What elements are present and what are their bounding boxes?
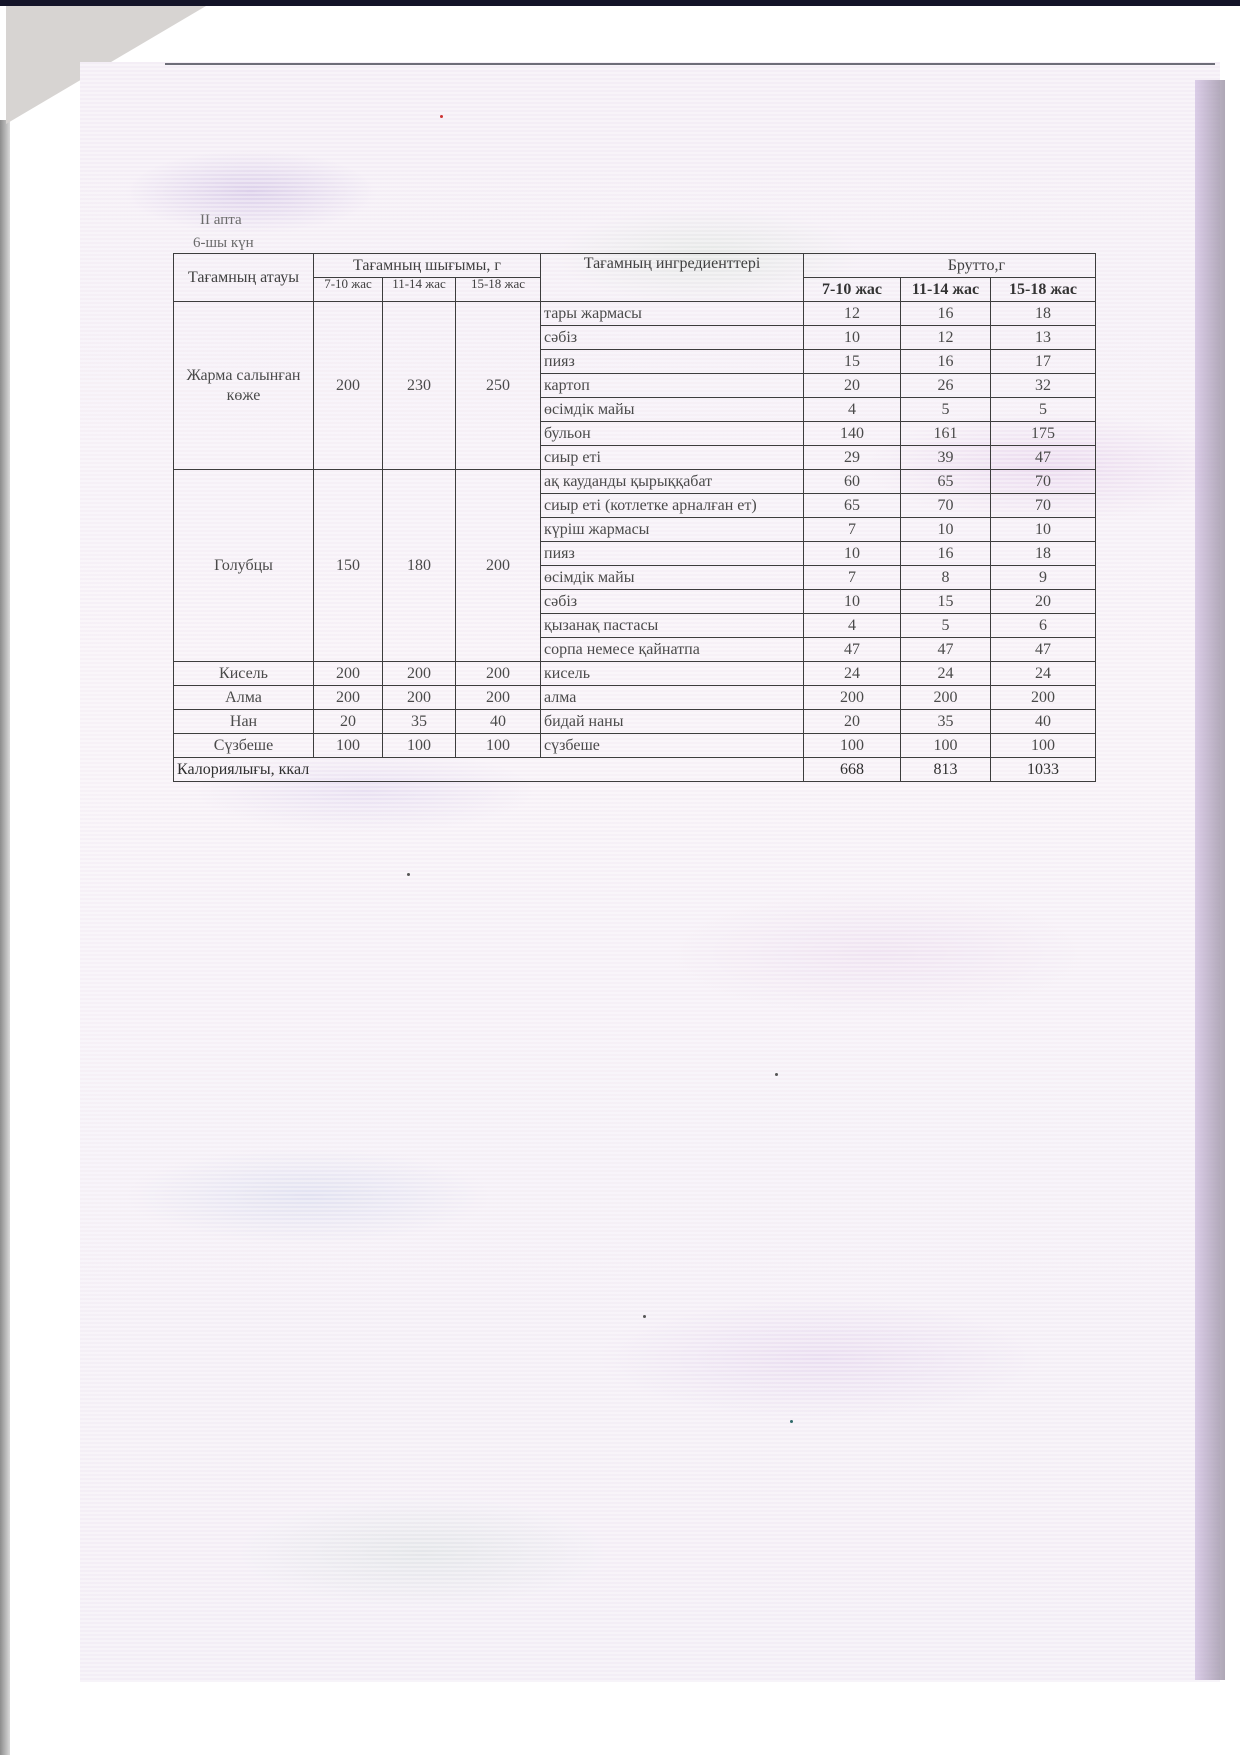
ingredient-name: сүзбеше (541, 734, 804, 758)
table-footer: Калориялығы, ккал 668 813 1033 (174, 758, 1096, 782)
week-label: II апта (200, 212, 242, 229)
scanner-frame-top (0, 0, 1240, 6)
ingredient-brutto: 17 (991, 350, 1096, 374)
ingredient-brutto: 175 (991, 422, 1096, 446)
table-row: Алма200200200алма200200200 (174, 686, 1096, 710)
ingredient-brutto: 15 (804, 350, 901, 374)
sheet-edge-shadow (1195, 80, 1225, 1680)
ingredient-brutto: 15 (901, 590, 991, 614)
ingredient-brutto: 29 (804, 446, 901, 470)
dish-name: Жарма салынған көже (174, 302, 314, 470)
dish-yield: 200 (456, 470, 541, 662)
ingredient-brutto: 47 (901, 638, 991, 662)
ingredient-brutto: 47 (804, 638, 901, 662)
ingredient-name: алма (541, 686, 804, 710)
menu-table: Тағамның атауы Тағамның шығымы, г Тағамн… (173, 253, 1096, 782)
ingredient-name: қызанақ пастасы (541, 614, 804, 638)
header-brutto-age: 15-18 жас (991, 278, 1096, 302)
scan-speck (643, 1315, 646, 1318)
ingredient-brutto: 24 (991, 662, 1096, 686)
dish-yield: 200 (456, 662, 541, 686)
ingredient-name: сәбіз (541, 326, 804, 350)
header-yield-age: 11-14 жас (383, 278, 456, 302)
scan-speck (775, 1073, 778, 1076)
header-brutto-age: 7-10 жас (804, 278, 901, 302)
ingredient-brutto: 35 (901, 710, 991, 734)
ingredient-brutto: 12 (804, 302, 901, 326)
ingredient-brutto: 6 (991, 614, 1096, 638)
ingredient-brutto: 70 (991, 470, 1096, 494)
scan-speck (407, 873, 410, 876)
ingredient-brutto: 40 (991, 710, 1096, 734)
ingredient-brutto: 10 (804, 326, 901, 350)
scan-speck (790, 1420, 793, 1423)
ingredient-brutto: 5 (991, 398, 1096, 422)
ingredient-brutto: 18 (991, 302, 1096, 326)
ingredient-brutto: 12 (901, 326, 991, 350)
ingredient-name: пияз (541, 350, 804, 374)
dish-name: Сүзбеше (174, 734, 314, 758)
ingredient-name: бидай наны (541, 710, 804, 734)
ingredient-name: сиыр еті (котлетке арналған ет) (541, 494, 804, 518)
dish-yield: 200 (314, 686, 383, 710)
ingredient-brutto: 20 (804, 710, 901, 734)
header-dish-name: Тағамның атауы (174, 254, 314, 302)
dish-yield: 200 (383, 686, 456, 710)
ingredient-brutto: 32 (991, 374, 1096, 398)
dish-yield: 100 (383, 734, 456, 758)
ingredient-name: сорпа немесе қайнатпа (541, 638, 804, 662)
ingredient-brutto: 13 (991, 326, 1096, 350)
dish-yield: 150 (314, 470, 383, 662)
ingredient-brutto: 100 (804, 734, 901, 758)
dish-yield: 200 (383, 662, 456, 686)
table-body: Жарма салынған көже200230250тары жармасы… (174, 302, 1096, 758)
ingredient-name: өсімдік майы (541, 566, 804, 590)
ingredient-brutto: 16 (901, 542, 991, 566)
ingredient-brutto: 10 (804, 590, 901, 614)
header-brutto-age: 11-14 жас (901, 278, 991, 302)
ingredient-name: күріш жармасы (541, 518, 804, 542)
total-row: Калориялығы, ккал 668 813 1033 (174, 758, 1096, 782)
ingredient-brutto: 8 (901, 566, 991, 590)
dish-yield: 40 (456, 710, 541, 734)
dish-yield: 100 (314, 734, 383, 758)
table-header: Тағамның атауы Тағамның шығымы, г Тағамн… (174, 254, 1096, 302)
dish-name: Алма (174, 686, 314, 710)
total-value: 1033 (991, 758, 1096, 782)
ingredient-brutto: 10 (901, 518, 991, 542)
ingredient-name: тары жармасы (541, 302, 804, 326)
ingredient-brutto: 4 (804, 398, 901, 422)
header-yield-age: 15-18 жас (456, 278, 541, 302)
ingredient-brutto: 100 (901, 734, 991, 758)
table-row: Голубцы150180200ақ кауданды қырыққабат60… (174, 470, 1096, 494)
dish-yield: 35 (383, 710, 456, 734)
dish-yield: 200 (456, 686, 541, 710)
header-yield: Тағамның шығымы, г (314, 254, 541, 278)
dish-name: Голубцы (174, 470, 314, 662)
total-label: Калориялығы, ккал (174, 758, 804, 782)
dish-yield: 20 (314, 710, 383, 734)
dish-name: Кисель (174, 662, 314, 686)
table-row: Нан203540бидай наны203540 (174, 710, 1096, 734)
table-row: Кисель200200200кисель242424 (174, 662, 1096, 686)
ingredient-brutto: 60 (804, 470, 901, 494)
ingredient-name: өсімдік майы (541, 398, 804, 422)
ingredient-name: кисель (541, 662, 804, 686)
ingredient-brutto: 20 (804, 374, 901, 398)
header-brutto: Брутто,г (804, 254, 1096, 278)
dish-yield: 200 (314, 662, 383, 686)
ingredient-brutto: 65 (804, 494, 901, 518)
ingredient-brutto: 65 (901, 470, 991, 494)
total-value: 813 (901, 758, 991, 782)
dish-name: Нан (174, 710, 314, 734)
ingredient-brutto: 161 (901, 422, 991, 446)
scanner-frame-left (0, 120, 10, 1755)
ingredient-brutto: 10 (991, 518, 1096, 542)
dish-yield: 100 (456, 734, 541, 758)
ingredient-brutto: 10 (804, 542, 901, 566)
dish-yield: 180 (383, 470, 456, 662)
dish-yield: 250 (456, 302, 541, 470)
ingredient-brutto: 200 (901, 686, 991, 710)
day-label: 6-шы күн (193, 235, 254, 252)
dish-yield: 200 (314, 302, 383, 470)
ingredient-brutto: 47 (991, 638, 1096, 662)
ingredient-brutto: 200 (804, 686, 901, 710)
ingredient-name: сиыр еті (541, 446, 804, 470)
ingredient-name: бульон (541, 422, 804, 446)
ingredient-name: картоп (541, 374, 804, 398)
dish-yield: 230 (383, 302, 456, 470)
ingredient-brutto: 16 (901, 302, 991, 326)
table-row: Жарма салынған көже200230250тары жармасы… (174, 302, 1096, 326)
ingredient-brutto: 18 (991, 542, 1096, 566)
ingredient-brutto: 20 (991, 590, 1096, 614)
ingredient-brutto: 24 (901, 662, 991, 686)
ingredient-brutto: 5 (901, 614, 991, 638)
ingredient-brutto: 7 (804, 518, 901, 542)
scan-speck (440, 115, 443, 118)
ingredient-brutto: 5 (901, 398, 991, 422)
ingredient-brutto: 140 (804, 422, 901, 446)
ingredient-name: сәбіз (541, 590, 804, 614)
ingredient-brutto: 47 (991, 446, 1096, 470)
ingredient-brutto: 100 (991, 734, 1096, 758)
ingredient-brutto: 7 (804, 566, 901, 590)
ingredient-brutto: 39 (901, 446, 991, 470)
ingredient-brutto: 24 (804, 662, 901, 686)
ingredient-name: ақ кауданды қырыққабат (541, 470, 804, 494)
table-row: Сүзбеше100100100сүзбеше100100100 (174, 734, 1096, 758)
ingredient-name: пияз (541, 542, 804, 566)
ingredient-brutto: 4 (804, 614, 901, 638)
header-ingredients: Тағамның ингредиенттері (541, 254, 804, 302)
header-yield-age: 7-10 жас (314, 278, 383, 302)
ingredient-brutto: 26 (901, 374, 991, 398)
ingredient-brutto: 16 (901, 350, 991, 374)
total-value: 668 (804, 758, 901, 782)
ingredient-brutto: 9 (991, 566, 1096, 590)
ingredient-brutto: 70 (901, 494, 991, 518)
ingredient-brutto: 70 (991, 494, 1096, 518)
ingredient-brutto: 200 (991, 686, 1096, 710)
sheet-top-edge (165, 63, 1215, 65)
